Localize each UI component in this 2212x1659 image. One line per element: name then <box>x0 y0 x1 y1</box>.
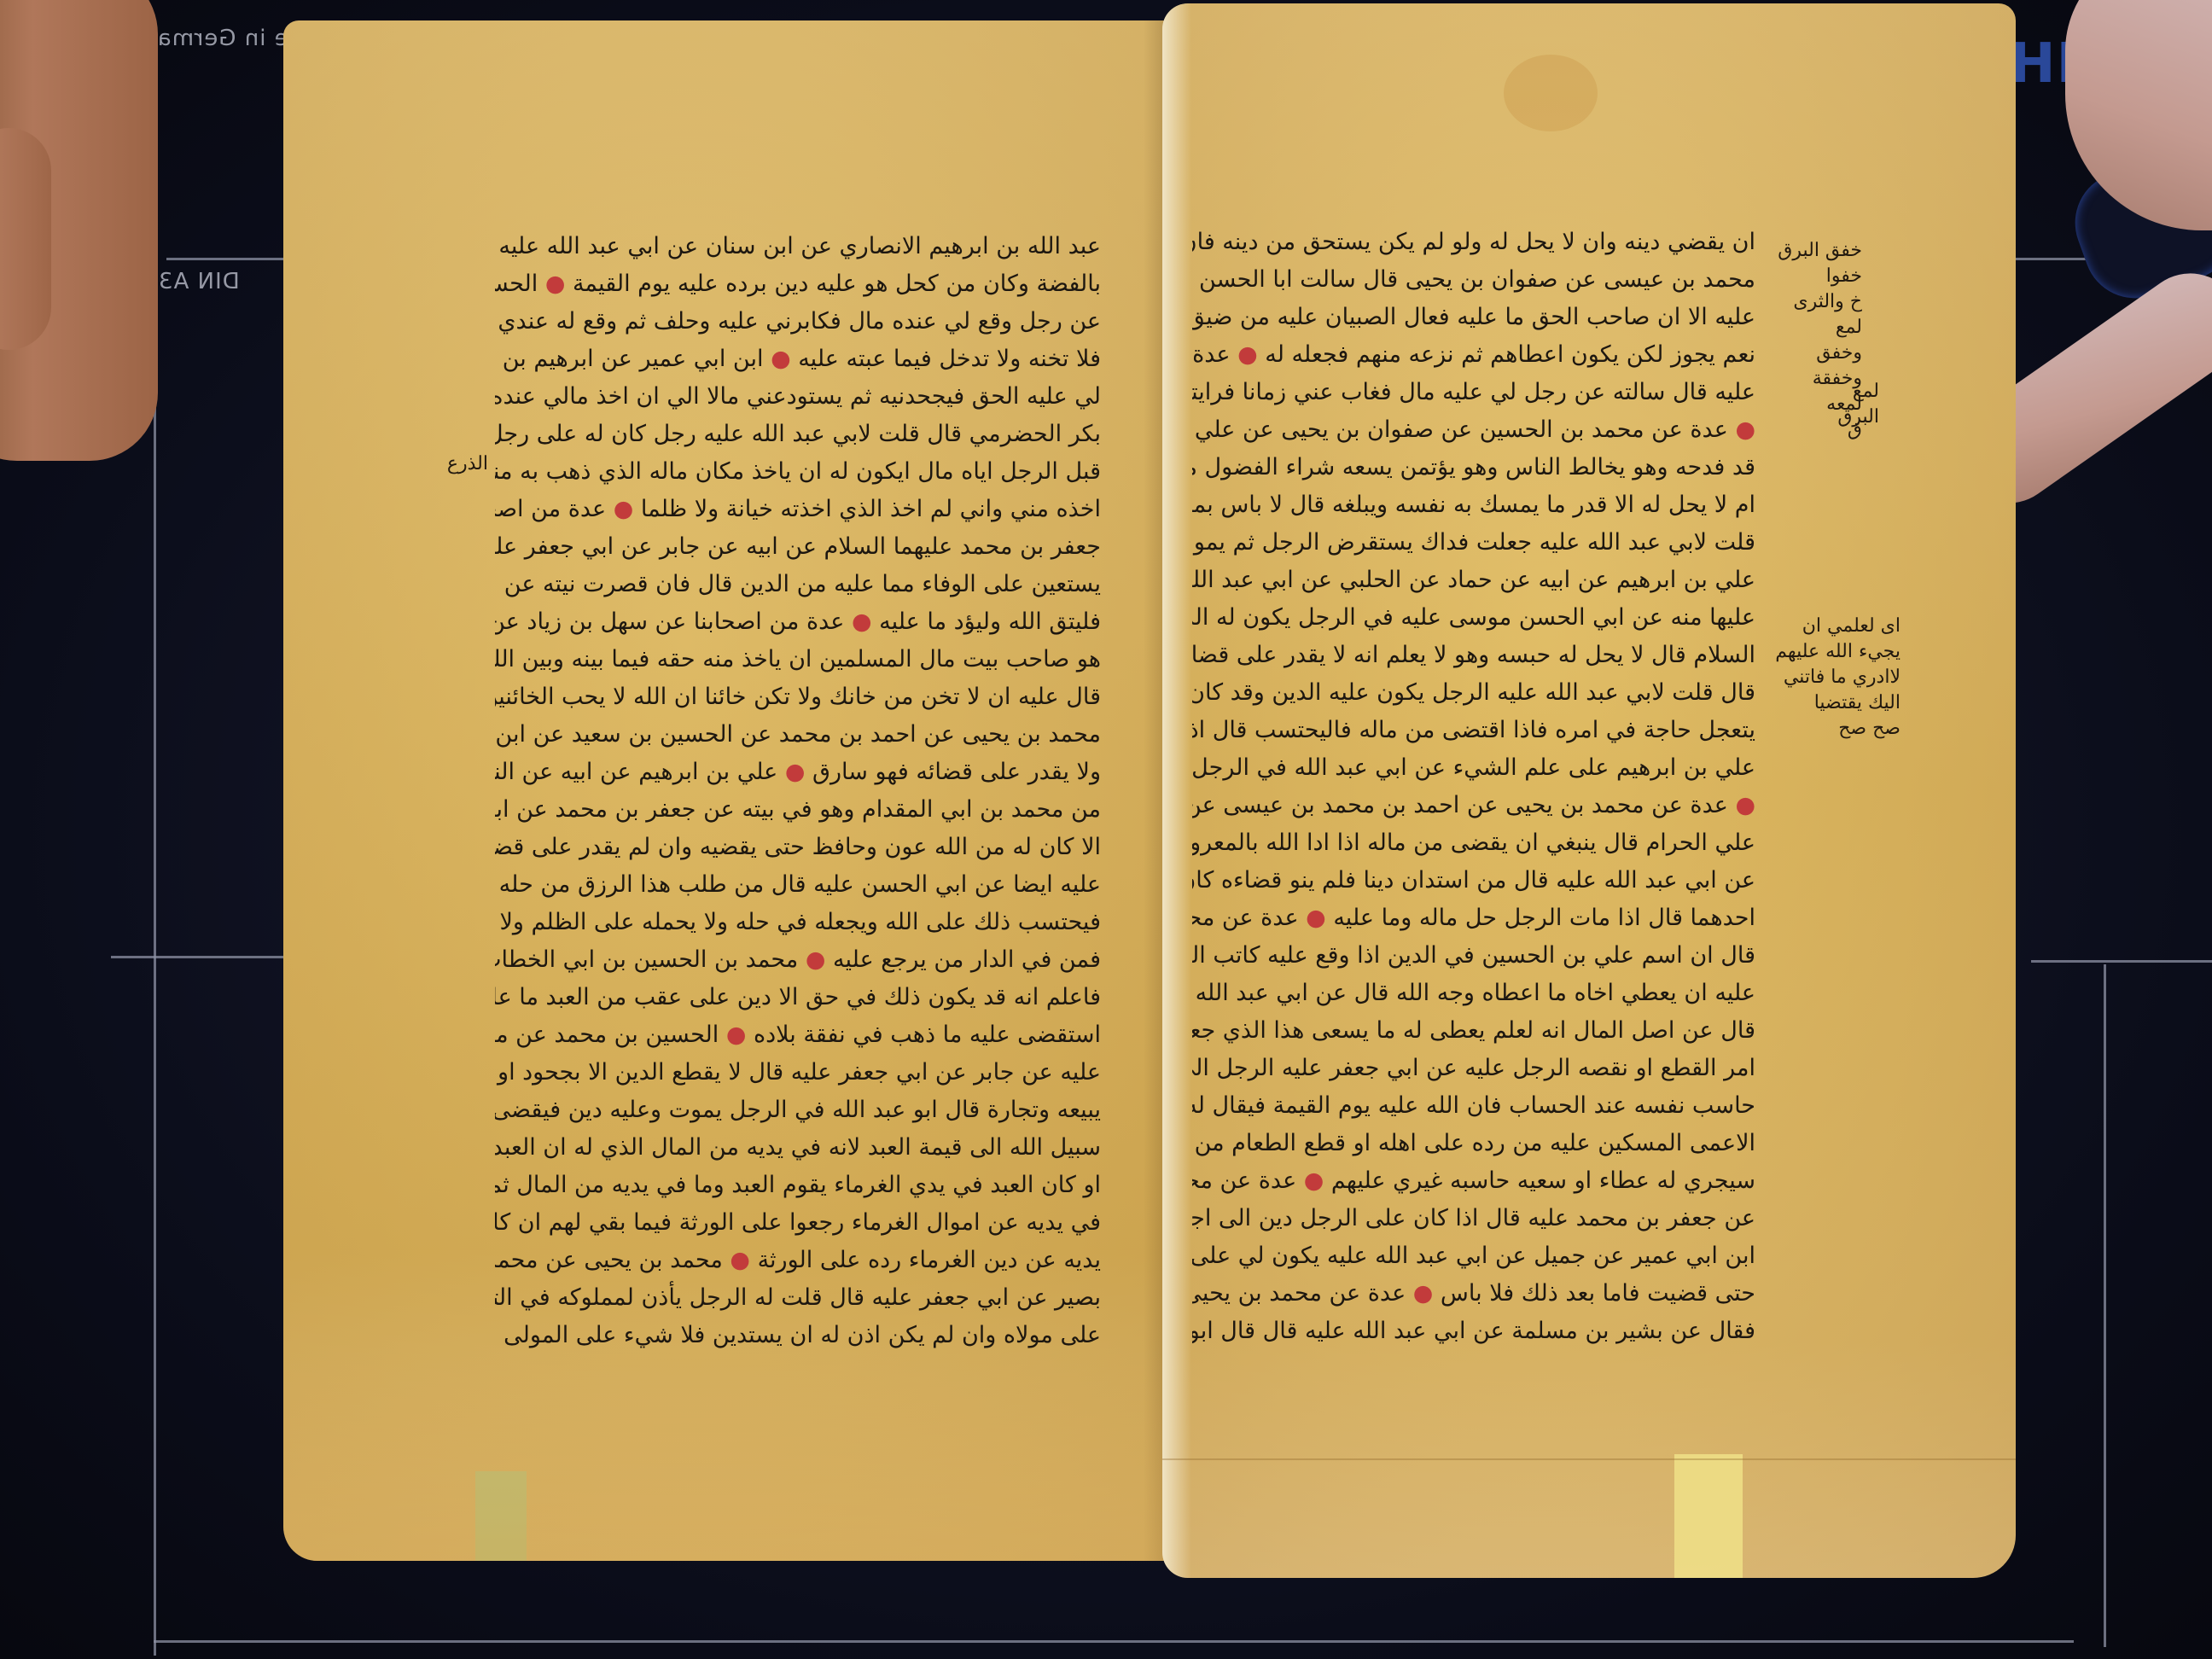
text-line: بكر الحضرمي قال قلت لابي عبد الله عليه ر… <box>495 416 1101 453</box>
text-line: عليه ايضا عن ابي الحسن عليه قال من طلب ه… <box>495 866 1101 904</box>
text-line: من محمد بن ابي المقدام وهو في بيته عن جع… <box>495 791 1101 829</box>
text-line: عبد الله بن ابرهيم الانصاري عن ابن سنان … <box>495 228 1101 265</box>
text-line: حتى قضيت فاما بعد ذلك فلا باس ● عدة عن م… <box>1192 1275 1755 1313</box>
text-line: جعفر بن محمد عليهما السلام عن ابيه عن جا… <box>495 528 1101 566</box>
text-line: او كان العبد في يدي الغرماء يقوم العبد و… <box>495 1167 1101 1204</box>
rubric-marker: ● <box>785 759 806 785</box>
repair-patch-right <box>1674 1454 1743 1578</box>
manuscript-page-right: خفق البرق خفواخ والثرى لمعوخفق وخفقة لمع… <box>1162 3 2016 1578</box>
margin-note-right-2: لمع البرق <box>1811 379 1879 430</box>
text-line: قد فدحه وهو يخالط الناس وهو يؤتمن يسعه ش… <box>1192 449 1755 486</box>
text-line: فليتق الله وليؤد ما عليه ● عدة من اصحابن… <box>495 603 1101 641</box>
text-line: ● عدة عن محمد بن يحيى عن احمد بن محمد بن… <box>1192 787 1755 824</box>
text-line: يديه عن دين الغرماء رده على الورثة ● محم… <box>495 1242 1101 1279</box>
text-line: ان يقضي دينه وان لا يحل له ولو لم يكن يس… <box>1192 224 1755 261</box>
text-line: عن ابي عبد الله عليه قال من استدان دينا … <box>1192 862 1755 899</box>
text-line: نعم يجوز لكن يكون اعطاهم ثم نزعه منهم فج… <box>1192 336 1755 374</box>
gutter-highlight-right <box>1162 3 1191 1578</box>
rubric-marker: ● <box>1413 1280 1434 1307</box>
mat-grid-line-right <box>2031 960 2212 963</box>
text-line: قال قلت لابي عبد الله عليه الرجل يكون عل… <box>1192 674 1755 712</box>
text-line: فمن في الدار من يرجع عليه ● محمد بن الحس… <box>495 941 1101 979</box>
text-line: قال عن اصل المال انه لعلم يعطى له ما يسع… <box>1192 1012 1755 1050</box>
text-line: علي الحرام قال ينبغي ان يقضى من ماله اذا… <box>1192 824 1755 862</box>
text-line: سبيل الله الى قيمة العبد لانه في يديه من… <box>495 1129 1101 1167</box>
text-line: هو صاحب بيت مال المسلمين ان ياخذ منه حقه… <box>495 641 1101 678</box>
text-line: يبيعه وتجارة قال ابو عبد الله في الرجل ي… <box>495 1091 1101 1129</box>
text-line: عن جعفر بن محمد عليه قال اذا كان على الر… <box>1192 1200 1755 1237</box>
rubric-marker: ● <box>726 1022 747 1048</box>
rubric-marker: ● <box>1306 905 1326 931</box>
text-line: احدهما قال اذا مات الرجل حل ماله وما علي… <box>1192 899 1755 937</box>
text-line: بصير عن ابي جعفر عليه قال قلت له الرجل ي… <box>495 1279 1101 1317</box>
mat-label-din: DIN A3 <box>158 269 240 294</box>
water-stain-top <box>1504 55 1598 131</box>
text-line: علي بن ابرهيم عن ابيه عن حماد عن الحلبي … <box>1192 562 1755 599</box>
text-line: اخذه مني واني لم اخذ الذي اخذته خيانة ول… <box>495 491 1101 528</box>
text-block-left: عبد الله بن ابرهيم الانصاري عن ابن سنان … <box>495 228 1101 1354</box>
text-line: قال ان اسم علي بن الحسين في الدين اذا وق… <box>1192 937 1755 975</box>
text-line: عليه ان يعطي اخاه ما اعطاه وجه الله قال … <box>1192 975 1755 1012</box>
text-line: فيحتسب ذلك على الله ويجعله في حله ولا يح… <box>495 904 1101 941</box>
rubric-marker: ● <box>1304 1167 1324 1194</box>
rubric-marker: ● <box>1237 341 1258 368</box>
text-line: عليه الا ان صاحب الحق ما عليه فعال الصبي… <box>1192 299 1755 336</box>
mat-grid-line-right-v <box>2104 964 2106 1647</box>
text-block-right: ان يقضي دينه وان لا يحل له ولو لم يكن يس… <box>1192 224 1755 1388</box>
text-line: عليها منه عن ابي الحسن موسى عليه في الرج… <box>1192 599 1755 637</box>
text-line: يتعجل حاجة في امره فاذا اقتضى من ماله فا… <box>1192 712 1755 749</box>
rubric-marker: ● <box>1735 792 1755 818</box>
text-line: فقال عن بشير بن مسلمة عن ابي عبد الله عل… <box>1192 1313 1755 1350</box>
text-line: قال عليه ان لا تخن من خانك ولا تكن خائنا… <box>495 678 1101 716</box>
rubric-marker: ● <box>806 946 826 973</box>
rubric-marker: ● <box>1735 416 1755 443</box>
text-line: قلت لابي عبد الله عليه جعلت فداك يستقرض … <box>1192 524 1755 562</box>
rubric-marker: ● <box>852 608 872 635</box>
text-line: عليه عن جابر عن ابي جعفر عليه قال لا يقط… <box>495 1054 1101 1091</box>
text-line: محمد بن يحيى عن احمد بن محمد عن الحسين ب… <box>495 716 1101 754</box>
text-line: سيجري له عطاء او سعيه حاسبه غيري عليهم ●… <box>1192 1162 1755 1200</box>
text-line: ● عدة عن محمد بن الحسين عن صفوان بن يحيى… <box>1192 411 1755 449</box>
text-line: فلا تخنه ولا تدخل فيما عبته عليه ● ابن ا… <box>495 341 1101 378</box>
text-line: ام لا يحل له الا قدر ما يمسك به نفسه ويب… <box>1192 486 1755 524</box>
text-line: الاعمى المسكين عليه من رده على اهله او ق… <box>1192 1125 1755 1162</box>
text-line <box>1192 1350 1755 1388</box>
text-line: عن رجل وقع لي عنده مال فكابرني عليه وحلف… <box>495 303 1101 341</box>
manuscript-page-left: الذرع عبد الله بن ابرهيم الانصاري عن ابن… <box>283 20 1178 1561</box>
text-line: ابن ابي عمير عن جميل عن ابي عبد الله علي… <box>1192 1237 1755 1275</box>
text-line: على مولاه وان لم يكن اذن له ان يستدين فل… <box>495 1317 1101 1354</box>
text-line: بالفضة وكان من كحل هو عليه دين برده عليه… <box>495 265 1101 303</box>
text-line: حاسب نفسه عند الحساب فان الله عليه يوم ا… <box>1192 1087 1755 1125</box>
rubric-marker: ● <box>545 271 566 297</box>
rubric-marker: ● <box>730 1247 750 1273</box>
text-line: عليه قال سالته عن رجل لي عليه مال فغاب ع… <box>1192 374 1755 411</box>
mat-grid-line-bottom <box>154 1640 2074 1643</box>
text-line: فاعلم انه قد يكون ذلك في حق الا دين على … <box>495 979 1101 1016</box>
margin-note-left: الذرع <box>437 451 488 477</box>
water-stain-left <box>283 1352 1178 1561</box>
fold-line-right <box>1162 1458 2016 1460</box>
text-line: لي عليه الحق فيجحدنيه ثم يستودعني مالا ا… <box>495 378 1101 416</box>
rubric-marker: ● <box>771 346 791 372</box>
text-line: الا كان له من الله عون وحافظ حتى يقضيه و… <box>495 829 1101 866</box>
text-line: قبل الرجل اياه مال ايكون له ان ياخذ مكان… <box>495 453 1101 491</box>
text-line: استقضى عليه ما ذهب في نفقة بلاده ● الحسي… <box>495 1016 1101 1054</box>
text-line: ولا يقدر على قضائه فهو سارق ● علي بن ابر… <box>495 754 1101 791</box>
text-line: علي بن ابرهيم على علم الشيء عن ابي عبد ا… <box>1192 749 1755 787</box>
margin-note-right-3: اى لعلمي ان يجيء الله عليهملاادري ما فات… <box>1764 614 1901 742</box>
left-hand-finger <box>0 128 51 350</box>
text-line: يستعين على الوفاء مما عليه من الدين قال … <box>495 566 1101 603</box>
text-line: محمد بن عيسى عن صفوان بن يحيى قال سالت ا… <box>1192 261 1755 299</box>
text-line: السلام قال لا يحل له حبسه وهو لا يعلم ان… <box>1192 637 1755 674</box>
rubric-marker: ● <box>614 496 634 522</box>
text-line: امر القطع او نقصه الرجل عليه عن ابي جعفر… <box>1192 1050 1755 1087</box>
text-line: في يديه عن اموال الغرماء رجعوا على الورث… <box>495 1204 1101 1242</box>
